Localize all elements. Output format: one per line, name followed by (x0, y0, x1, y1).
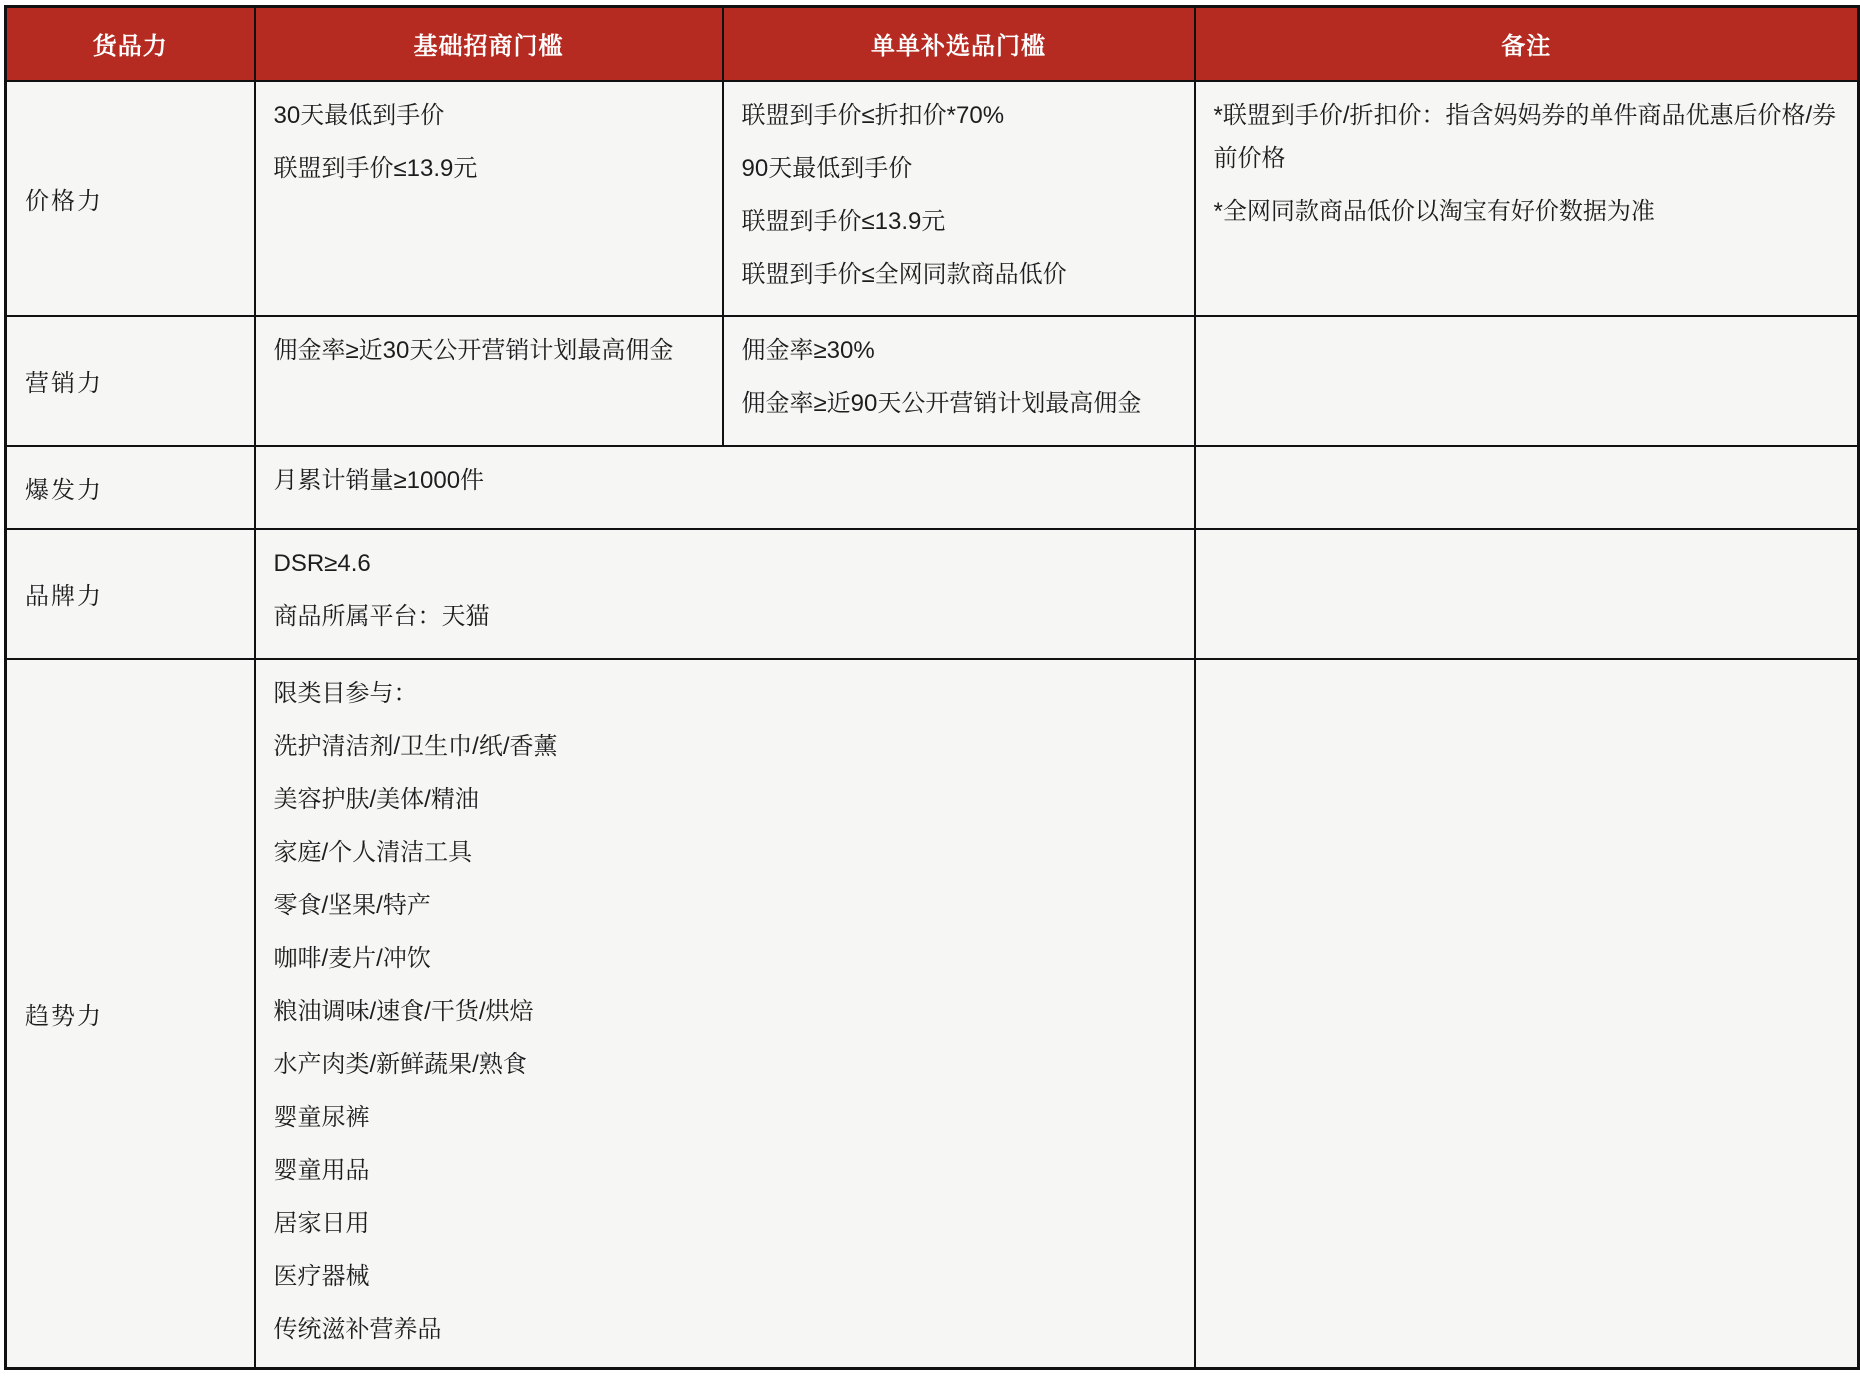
thresholds-table: 货品力 基础招商门槛 单单补选品门槛 备注 价格力 30天最低到手价 联盟到手价… (4, 5, 1860, 1370)
text-line: *全网同款商品低价以淘宝有好价数据为准 (1214, 190, 1840, 233)
cell-trend-remark (1195, 659, 1859, 1369)
text-line: 咖啡/麦片/冲饮 (274, 937, 1176, 980)
row-label-marketing-power: 营销力 (6, 316, 255, 446)
header-cell-supplement-threshold: 单单补选品门槛 (723, 7, 1195, 81)
table-row-brand-power: 品牌力 DSR≥4.6 商品所属平台：天猫 (6, 529, 1859, 659)
text-line: 联盟到手价≤折扣价*70% (742, 94, 1176, 137)
cell-brand-remark (1195, 529, 1859, 659)
cell-price-remark: *联盟到手价/折扣价：指含妈妈券的单件商品优惠后价格/券前价格 *全网同款商品低… (1195, 81, 1859, 316)
text-line: 婴童用品 (274, 1149, 1176, 1192)
cell-price-supplement: 联盟到手价≤折扣价*70% 90天最低到手价 联盟到手价≤13.9元 联盟到手价… (723, 81, 1195, 316)
cell-burst-remark (1195, 446, 1859, 529)
table-row-burst-power: 爆发力 月累计销量≥1000件 (6, 446, 1859, 529)
cell-price-basic: 30天最低到手价 联盟到手价≤13.9元 (255, 81, 723, 316)
text-line: 粮油调味/速食/干货/烘焙 (274, 990, 1176, 1033)
header-row: 货品力 基础招商门槛 单单补选品门槛 备注 (6, 7, 1859, 81)
text-line: 月累计销量≥1000件 (274, 459, 1176, 502)
text-line: 零食/坚果/特产 (274, 884, 1176, 927)
text-line: 佣金率≥30% (742, 329, 1176, 372)
table-row-trend-power: 趋势力 限类目参与： 洗护清洁剂/卫生巾/纸/香薰 美容护肤/美体/精油 家庭/… (6, 659, 1859, 1369)
row-label-trend-power: 趋势力 (6, 659, 255, 1369)
text-line: 联盟到手价≤13.9元 (742, 200, 1176, 243)
cell-brand-merged: DSR≥4.6 商品所属平台：天猫 (255, 529, 1195, 659)
text-line: DSR≥4.6 (274, 542, 1176, 585)
header-cell-remark: 备注 (1195, 7, 1859, 81)
text-line: 90天最低到手价 (742, 147, 1176, 190)
text-line: 商品所属平台：天猫 (274, 595, 1176, 638)
text-line: 佣金率≥近30天公开营销计划最高佣金 (274, 329, 704, 372)
text-line: 联盟到手价≤全网同款商品低价 (742, 253, 1176, 296)
row-label-brand-power: 品牌力 (6, 529, 255, 659)
text-line: 医疗器械 (274, 1255, 1176, 1298)
text-line: 联盟到手价≤13.9元 (274, 147, 704, 190)
cell-marketing-remark (1195, 316, 1859, 446)
cell-burst-merged: 月累计销量≥1000件 (255, 446, 1195, 529)
text-line: 婴童尿裤 (274, 1096, 1176, 1139)
text-line: 传统滋补营养品 (274, 1308, 1176, 1351)
table-row-price-power: 价格力 30天最低到手价 联盟到手价≤13.9元 联盟到手价≤折扣价*70% 9… (6, 81, 1859, 316)
page: 货品力 基础招商门槛 单单补选品门槛 备注 价格力 30天最低到手价 联盟到手价… (0, 0, 1860, 1378)
text-line: 佣金率≥近90天公开营销计划最高佣金 (742, 382, 1176, 425)
text-line: 水产肉类/新鲜蔬果/熟食 (274, 1043, 1176, 1086)
header-cell-basic-threshold: 基础招商门槛 (255, 7, 723, 81)
table-row-marketing-power: 营销力 佣金率≥近30天公开营销计划最高佣金 佣金率≥30% 佣金率≥近90天公… (6, 316, 1859, 446)
cell-marketing-supplement: 佣金率≥30% 佣金率≥近90天公开营销计划最高佣金 (723, 316, 1195, 446)
text-line: *联盟到手价/折扣价：指含妈妈券的单件商品优惠后价格/券前价格 (1214, 94, 1840, 180)
text-line: 居家日用 (274, 1202, 1176, 1245)
header-cell-product-power: 货品力 (6, 7, 255, 81)
text-line: 美容护肤/美体/精油 (274, 778, 1176, 821)
cell-trend-merged: 限类目参与： 洗护清洁剂/卫生巾/纸/香薰 美容护肤/美体/精油 家庭/个人清洁… (255, 659, 1195, 1369)
row-label-burst-power: 爆发力 (6, 446, 255, 529)
text-line: 30天最低到手价 (274, 94, 704, 137)
text-line: 家庭/个人清洁工具 (274, 831, 1176, 874)
row-label-price-power: 价格力 (6, 81, 255, 316)
text-line: 洗护清洁剂/卫生巾/纸/香薰 (274, 725, 1176, 768)
text-line: 限类目参与： (274, 672, 1176, 715)
cell-marketing-basic: 佣金率≥近30天公开营销计划最高佣金 (255, 316, 723, 446)
